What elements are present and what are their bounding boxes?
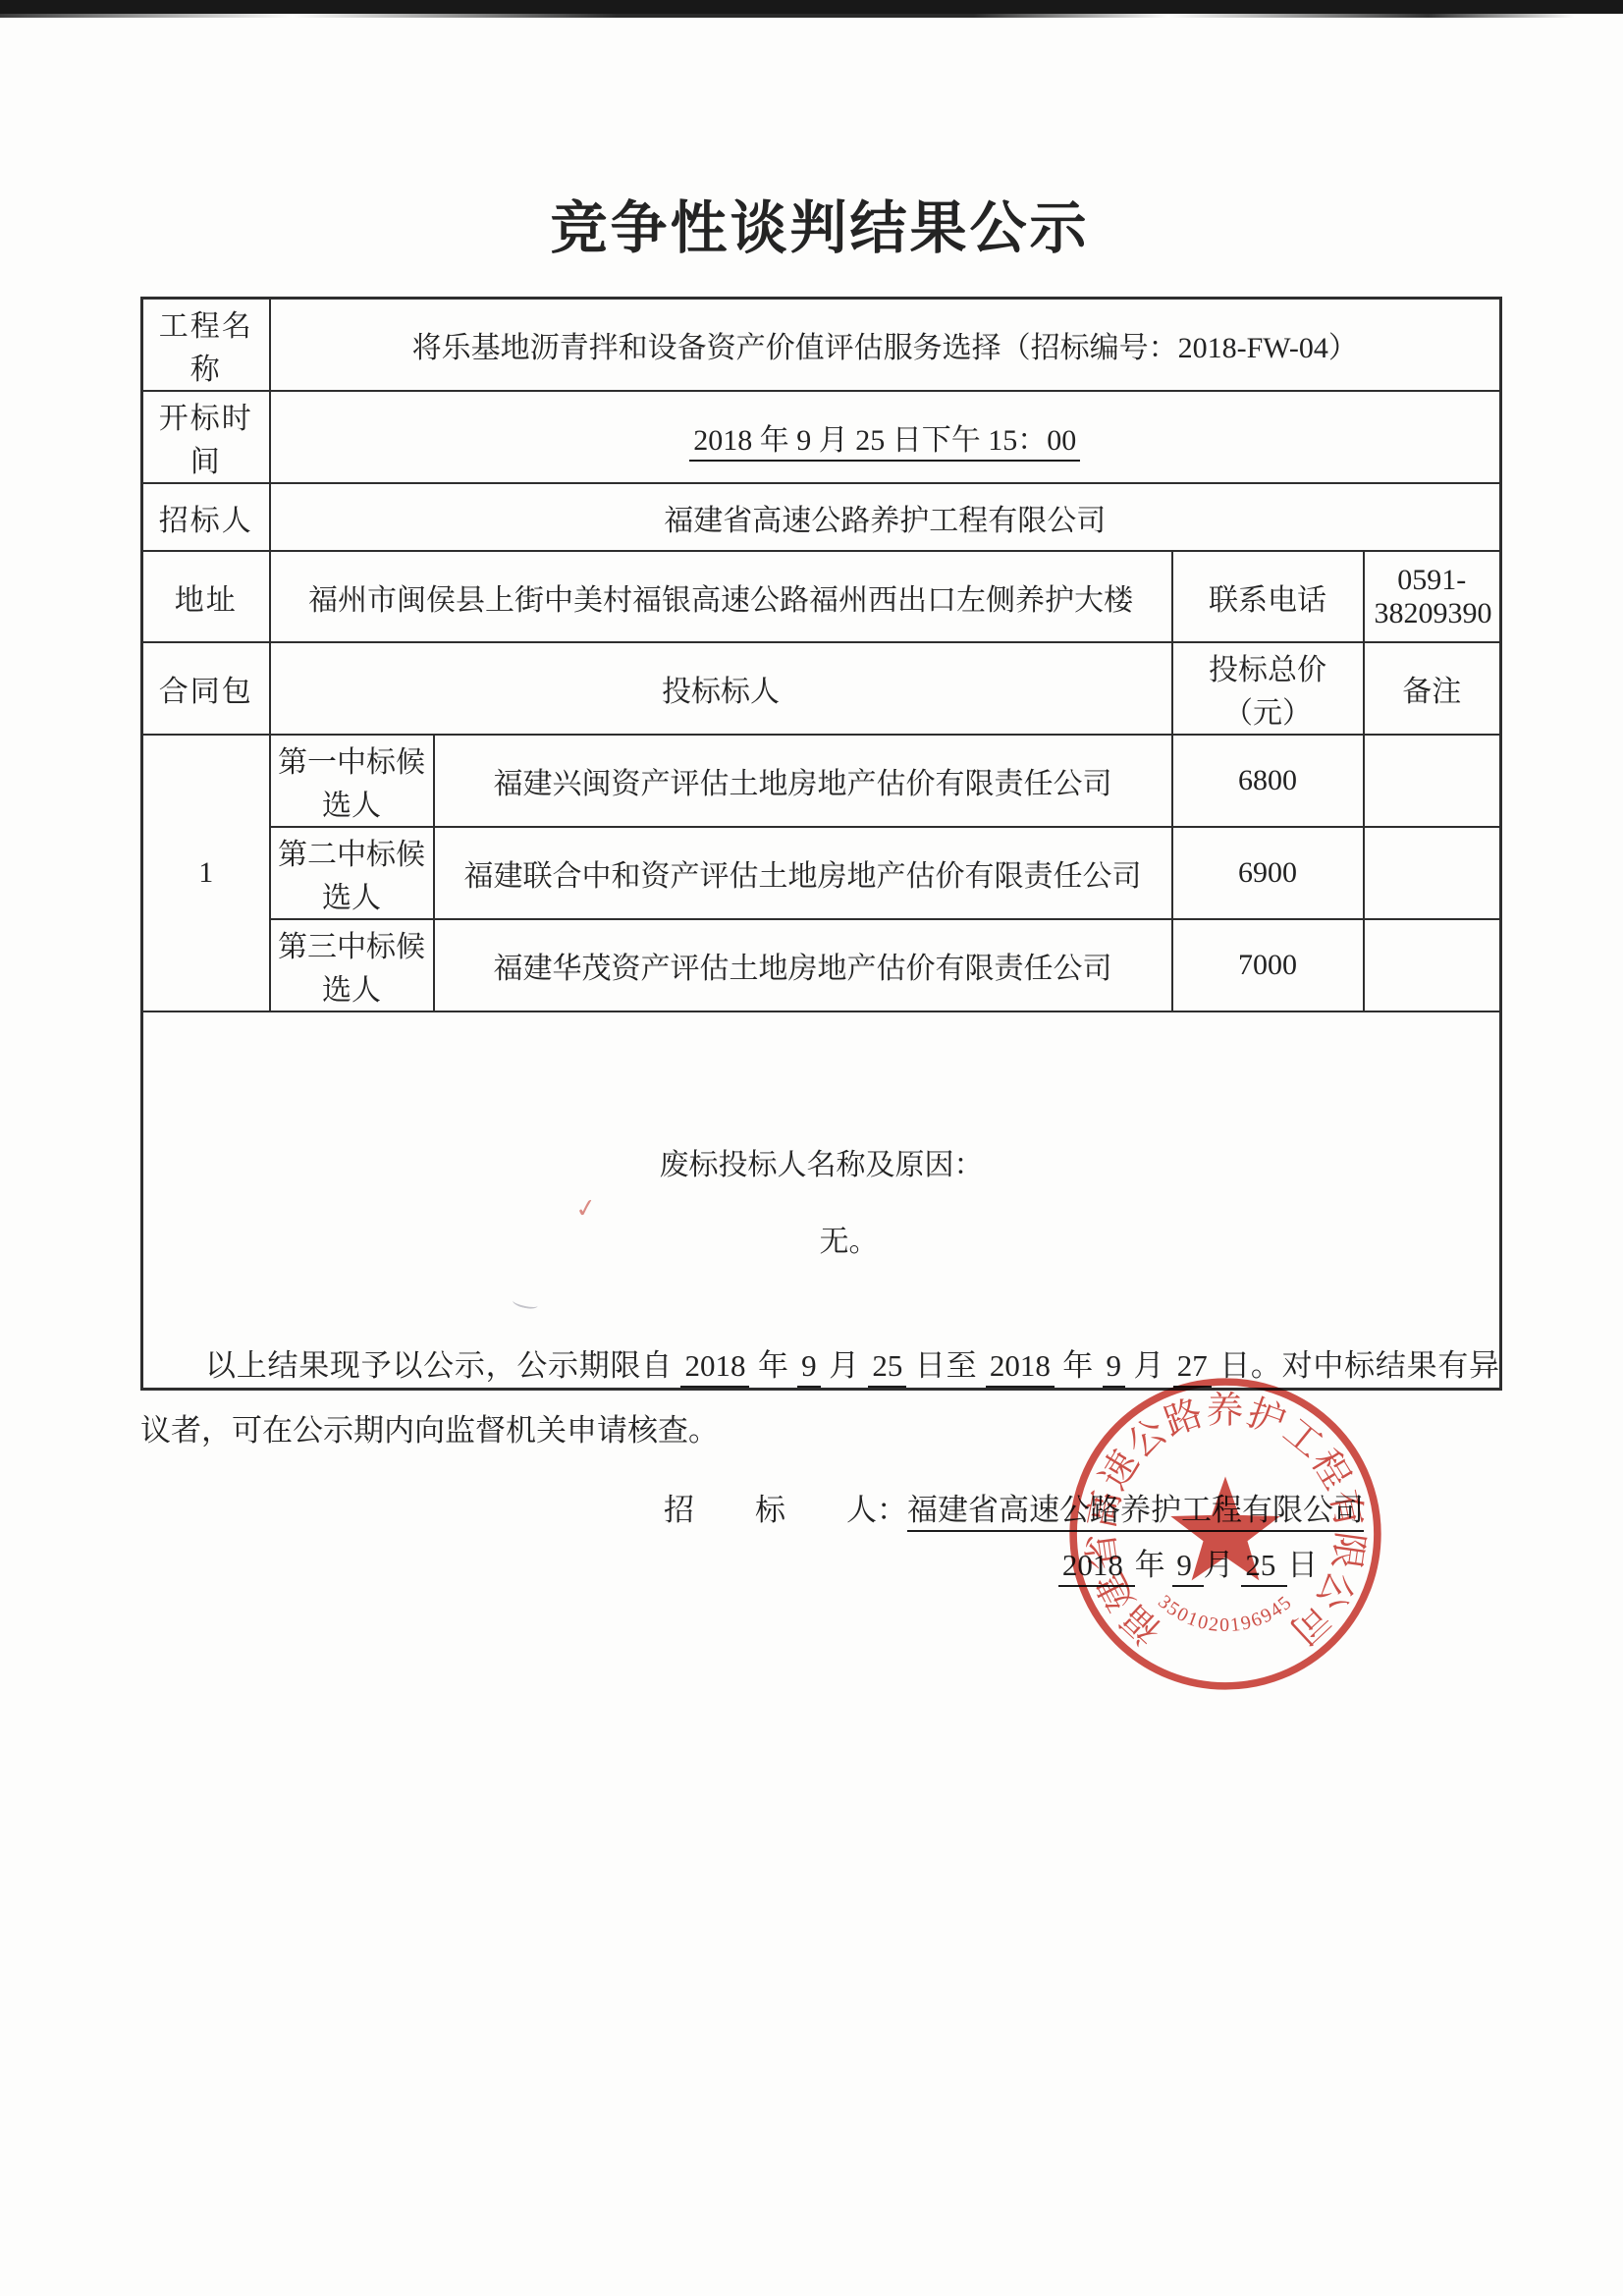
bidder-1-price: 6800 [1172,735,1364,827]
header-remark: 备注 [1364,642,1501,735]
bidder-2-rank: 第二中标候选人 [270,827,434,919]
phone-label: 联系电话 [1172,551,1364,642]
signature-date: 2018 年 9 月 25 日 [982,1540,1394,1584]
open-time-row: 开标时间 2018 年 9 月 25 日下午 15：00 [142,391,1501,483]
bidder-1-rank: 第一中标候选人 [270,735,434,827]
rejected-cell: 废标投标人名称及原因： 无。 [142,1011,1501,1389]
bidder-row-2: 第二中标候选人 福建联合中和资产评估土地房地产估价有限责任公司 6900 [142,827,1501,919]
rejected-value: 无。 [204,1217,1493,1260]
tenderer-row: 招标人 福建省高速公路养护工程有限公司 [142,483,1501,551]
open-time-value: 2018 年 9 月 25 日下午 15：00 [270,391,1501,483]
public-notice-paragraph: 以上结果现予以公示，公示期限自 2018 年 9 月 25 日至 2018 年 … [140,1334,1499,1463]
address-value: 福州市闽侯县上街中美村福银高速公路福州西出口左侧养护大楼 [270,551,1172,642]
scanner-edge-artifact [0,0,1623,14]
rejected-label: 废标投标人名称及原因： [149,1140,1493,1183]
bidder-row-1: 1 第一中标候选人 福建兴闽资产评估土地房地产估价有限责任公司 6800 [142,735,1501,827]
tenderer-value: 福建省高速公路养护工程有限公司 [270,483,1501,551]
tenderer-label: 招标人 [142,483,270,551]
address-label: 地址 [142,551,270,642]
page-title: 竞争性谈判结果公示 [140,182,1499,264]
table-header-row: 合同包 投标标人 投标总价（元） 备注 [142,642,1501,735]
signature-label: 招 标 人： [664,1493,907,1527]
bidder-3-price: 7000 [1172,919,1364,1011]
svg-text:3501020196945: 3501020196945 [1154,1591,1297,1636]
bidder-2-company: 福建联合中和资产评估土地房地产估价有限责任公司 [434,827,1172,919]
project-name-label: 工程名称 [142,299,270,392]
signature-line: 招 标 人：福建省高速公路养护工程有限公司 [664,1485,1364,1529]
seal-number-arc-text: 3501020196945 [1154,1591,1297,1636]
rejected-row: 废标投标人名称及原因： 无。 [142,1011,1501,1389]
header-price: 投标总价（元） [1172,642,1364,735]
red-check-artifact: ✓ [573,1193,599,1226]
bidder-3-rank: 第三中标候选人 [270,919,434,1011]
header-package: 合同包 [142,642,270,735]
package-number: 1 [142,735,270,1011]
open-time-label: 开标时间 [142,391,270,483]
bidder-3-remark [1364,919,1501,1011]
bidder-3-company: 福建华茂资产评估土地房地产估价有限责任公司 [434,919,1172,1011]
open-time-text: 2018 年 9 月 25 日下午 15：00 [689,424,1080,462]
phone-value: 0591-38209390 [1364,551,1501,642]
bidder-2-price: 6900 [1172,827,1364,919]
project-name-value: 将乐基地沥青拌和设备资产价值评估服务选择（招标编号：2018-FW-04） [270,299,1501,392]
announcement-table: 工程名称 将乐基地沥青拌和设备资产价值评估服务选择（招标编号：2018-FW-0… [140,297,1502,1391]
bidder-1-company: 福建兴闽资产评估土地房地产估价有限责任公司 [434,735,1172,827]
project-name-row: 工程名称 将乐基地沥青拌和设备资产价值评估服务选择（招标编号：2018-FW-0… [142,299,1501,392]
header-bidder: 投标标人 [270,642,1172,735]
scanner-edge-artifact-fade [0,14,1623,18]
address-row: 地址 福州市闽侯县上街中美村福银高速公路福州西出口左侧养护大楼 联系电话 059… [142,551,1501,642]
bidder-1-remark [1364,735,1501,827]
bidder-row-3: 第三中标候选人 福建华茂资产评估土地房地产估价有限责任公司 7000 [142,919,1501,1011]
bidder-2-remark [1364,827,1501,919]
signature-company: 福建省高速公路养护工程有限公司 [907,1493,1364,1532]
